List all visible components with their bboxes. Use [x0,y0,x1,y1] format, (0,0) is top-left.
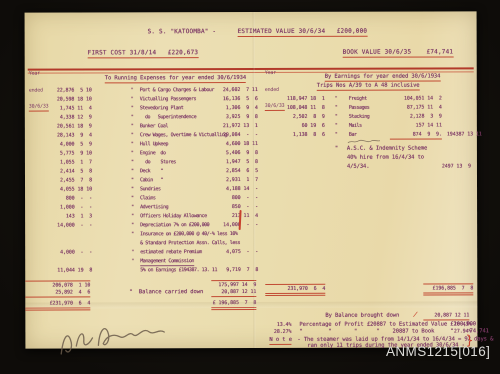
prev-year-amount: 1,138 8 6 [265,132,325,138]
scheme-line-3: 4/5/34. [347,164,370,170]
prev-year-amount: 1,055 1 7 [27,159,92,165]
item-description: Officers Holiday Allowance [140,213,207,219]
ditto-mark: " [131,204,134,210]
item-amount: 24,602 7 11 [213,87,258,93]
ditto-mark: " [335,96,338,102]
vertical-fold-crease [253,12,256,348]
earnings-grand-total: £196,885 7 8 [423,283,473,295]
prev-year-amount: 5,775 9 10 [27,150,92,156]
prev-expenses-subtotal: 206,078 1 10 [25,280,90,288]
item-amount: 21,972 13 1 [213,123,258,129]
ditto-mark: " [131,105,134,111]
year-word: Year [29,72,49,78]
prev-year-amount: 108,048 11 8 [265,105,325,111]
ditto-mark: " [131,231,134,237]
item-amount: 3,925 9 8 [213,114,258,120]
ship-title: S. S. "KATOOMBA" - [148,28,217,35]
item-amount: 14,000 - - [213,222,258,228]
item-amount: 800 - - [213,195,258,201]
ditto-mark: " [131,213,134,219]
item-description: Port & Cargo Charges & Labour [140,87,214,93]
signature [51,308,175,365]
ditto-mark: " [131,123,134,129]
ditto-mark: " [131,258,134,264]
item-description: Claims [140,195,155,201]
item-amount: 4,600 18 11 [213,141,258,147]
ditto-mark: " [131,114,134,120]
ledger-page: S. S. "KATOOMBA" - ESTIMATED VALUE 30/6/… [25,11,478,348]
item-description: estimated rebate Premium [140,249,201,255]
item-description: Cabin " [140,177,163,183]
item-amount: 4,188 14 - [213,186,258,192]
item-description: Victualling Passengers [140,96,196,102]
item-amount: 2,128 3 9 [390,114,442,120]
ditto-mark: " [131,141,134,147]
ditto-mark: " [335,123,338,129]
item-amount: 16,136 5 6 [213,96,258,102]
prev-year-amount: 1,745 11 4 [27,105,92,111]
prev-pct-estimated: 13.4% [265,322,291,328]
prev-year-amount: 1,000 - - [27,204,92,210]
ditto-mark: " [131,195,134,201]
item-amount: 213 11 4 [213,213,258,219]
ditto-mark: " [131,150,134,156]
prev-year-amount: 118,947 18 1 [265,96,325,102]
item-description: Bunker Coal [140,123,168,129]
item-description: Deck " [140,168,163,174]
item-amount: 2,931 1 7 [213,177,258,183]
prev-year-amount: 800 - - [27,195,92,201]
book-value: BOOK VALUE 30/6/35 £74,741 [343,48,454,57]
item-amount: 1,947 5 8 [213,159,258,165]
prev-year-amount: 4,338 12 9 [27,114,92,120]
expenses-subtotal: 175,997 14 9 [211,280,256,288]
pencil-annotation [347,139,381,145]
red-tick-mark: / [412,310,418,319]
ditto-mark: " [335,132,338,138]
horizontal-fold-crease [25,301,477,308]
earnings-heading: By Earnings for year ended 30/6/1934 [325,74,441,82]
balance-carried-down-label: " Balance carried down [129,289,203,295]
ditto-mark: " [131,96,134,102]
item-description: Mails [349,123,362,129]
scanned-ledger-photo: S. S. "KATOOMBA" - ESTIMATED VALUE 30/6/… [0,0,500,374]
prev-year-amount: 2,414 5 8 [27,168,92,174]
item-description: Stacking [349,114,370,120]
prev-year-amount: 2,502 8 9 [265,114,325,120]
item-description: Management Commission [140,258,194,266]
ditto-mark: " [131,87,134,93]
item-amount: 104,051 14 2 [390,96,442,102]
item-description: & Standard Protection Assn. Calls, less [140,240,240,246]
item-description: Stevedoring Plant [140,105,184,111]
item-amount: 29,084 - - [213,132,258,138]
prev-year-amount: 14,000 - - [27,222,92,228]
item-amount: 157 14 11 [390,123,442,129]
item-description: 5% on Earnings £194387. 13. 11 [140,267,217,273]
prev-year-amount: 4,000 - - [27,249,92,255]
item-amount: 850 - - [213,204,258,210]
item-description: Engine do [140,150,166,156]
prev-earnings-grand-total: 231,970 6 4 [265,284,325,296]
prev-year-amount: 11,044 19 8 [27,267,92,273]
prev-year-amount: 20,561 18 9 [27,123,92,129]
ditto-mark: " [131,132,134,138]
prev-year-amount: 28,143 9 4 [27,132,92,138]
prev-year-amount: 20,598 18 10 [27,96,92,102]
ditto-mark: " [131,168,134,174]
item-amount: 9,719 7 8 [213,267,258,273]
item-description: Sundries [140,186,161,192]
ledger-row: 11,044 19 8 5% on Earnings £194387. 13. … [27,267,263,277]
item-description: Hull Upkeep [140,141,168,147]
item-amount: 5,406 9 8 [213,150,258,156]
ditto-mark: " [131,186,134,192]
scheme-ditto: " [335,146,338,152]
item-amount: 87,175 11 4 [390,105,442,111]
ditto-mark: " [335,114,338,120]
year-word: Year [265,71,285,77]
scheme-line-1: A.S.C. & Indemnity Scheme [347,146,427,152]
item-description: Passages [349,105,370,111]
item-description: Bar [349,132,357,138]
expenses-table: 22,876 5 10 " Port & Cargo Charges & Lab… [27,87,263,277]
scheme-line-2: 40% hire from 16/4/34 to [347,155,424,161]
prev-year-amount: 2,455 7 8 [27,177,92,183]
expenses-heading: To Running Expenses for year ended 30/6/… [105,75,246,83]
prev-year-amount: 4,000 5 9 [27,141,92,147]
item-description: do Stores [140,159,176,165]
ditto-mark: " [131,177,134,183]
ditto-mark: " [131,159,134,165]
item-description: Insurance on £200,000 @ 40/-% less 10% [140,231,237,237]
balance-carried-down: 20,887 12 11 [211,289,256,297]
prev-year-amount: 22,876 5 10 [27,87,92,93]
prev-year-amount: 143 1 3 [27,213,92,219]
balance-brought-down-label: By Balance brought down [325,313,399,319]
item-amount: 2,854 6 5 [213,168,258,174]
prev-pct-book: 28.27% [265,329,291,335]
prev-balance-carried-down: 25,892 4 6 [25,289,90,297]
item-amount: 874 9 9. [390,132,442,140]
prev-year-amount: 4,055 18 10 [27,186,92,192]
archive-watermark: ANMS1215[016] [386,344,490,359]
ditto-mark: " [335,105,338,111]
ditto-mark: " [131,249,134,255]
item-amount: 4,075 - - [213,249,258,255]
scheme-amount: 2497 13 9 [425,163,471,169]
pct-value-estimated: 10.43% [431,321,471,327]
item-description: Freight [349,96,367,102]
trips-subheading: Trips Nos A/39 to A 48 inclusive [317,83,420,91]
prev-year-amount: 60 19 6 [265,123,325,129]
balance-brought-down: 20,887 12 11 [423,312,469,320]
item-description: do Superintendence [140,114,196,120]
item-subtotal: 194387 13 11 [447,131,477,137]
item-description: Advertising [140,204,168,210]
first-cost: FIRST COST 31/8/14 £220,673 [88,49,199,58]
item-description: Depreciation 7% on £200,000 [140,222,209,228]
note-label: N o t e [269,337,292,345]
earnings-table: 118,947 18 1 " Freight 104,051 14 2 108,… [265,95,479,141]
item-amount: 1,306 9 4 [213,105,258,111]
ended-word: ended [265,87,285,93]
ditto-mark: " [131,222,134,228]
estimated-value: ESTIMATED VALUE 30/6/34 £200,000 [238,28,368,37]
